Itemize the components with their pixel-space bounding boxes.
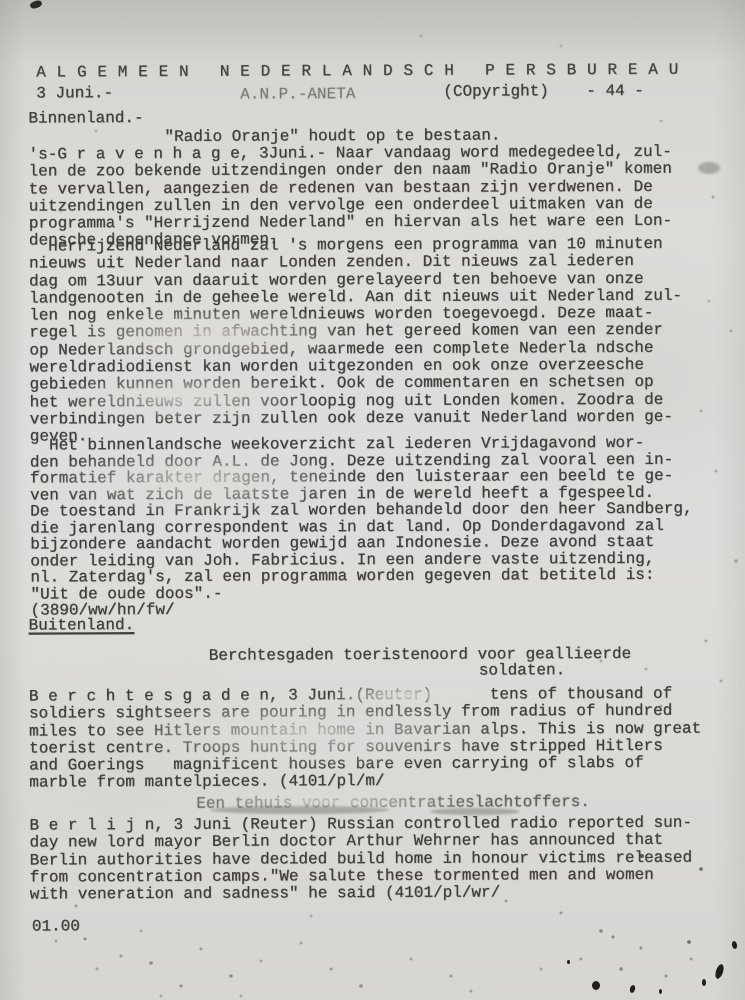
paragraph-berchtesgaden: B e r c h t e s g a d e n, 3 Juni.(Reute…: [29, 686, 702, 793]
agency-abbreviation: A.N.P.-ANETA: [240, 86, 355, 104]
ink-blot: [702, 979, 706, 986]
ink-blot: [567, 960, 570, 964]
footer-time: 01.00: [32, 918, 80, 936]
typed-text-layer: A L G E M E E N N E D E R L A N D S C H …: [0, 0, 745, 1000]
paragraph-radio-oranje-2: Herrijzend Nederland zal 's morgens een …: [29, 236, 683, 446]
dateline-date: 3 Juni.-: [36, 85, 113, 103]
paragraph-radio-oranje-3: Het binnenlandsche weekoverzicht zal ied…: [30, 435, 693, 619]
headline-berchtesgaden-line2: soldaten.: [479, 662, 565, 680]
ink-blot: [659, 989, 662, 994]
section-label-binnenland: Binnenland.-: [28, 110, 143, 128]
document-page: A L G E M E E N N E D E R L A N D S C H …: [0, 0, 745, 1000]
headline-berchtesgaden-line1: Berchtesgaden toeristenoord voor geallie…: [209, 646, 632, 665]
overtype-smudge: [210, 806, 390, 814]
agency-name: A L G E M E E N N E D E R L A N D S C H …: [36, 62, 679, 82]
paper-speckles: [0, 0, 2, 2]
paragraph-berlijn: B e r l i j n, 3 Juni (Reuter) Russian c…: [29, 815, 692, 904]
margin-smudge: [698, 162, 720, 174]
overtype-smudge: [430, 808, 520, 815]
copyright-notice: (COpyright): [443, 83, 549, 101]
issue-number: - 44 -: [586, 83, 644, 101]
ink-blot: [592, 981, 600, 990]
section-label-buitenland: Buitenland.: [29, 617, 135, 635]
